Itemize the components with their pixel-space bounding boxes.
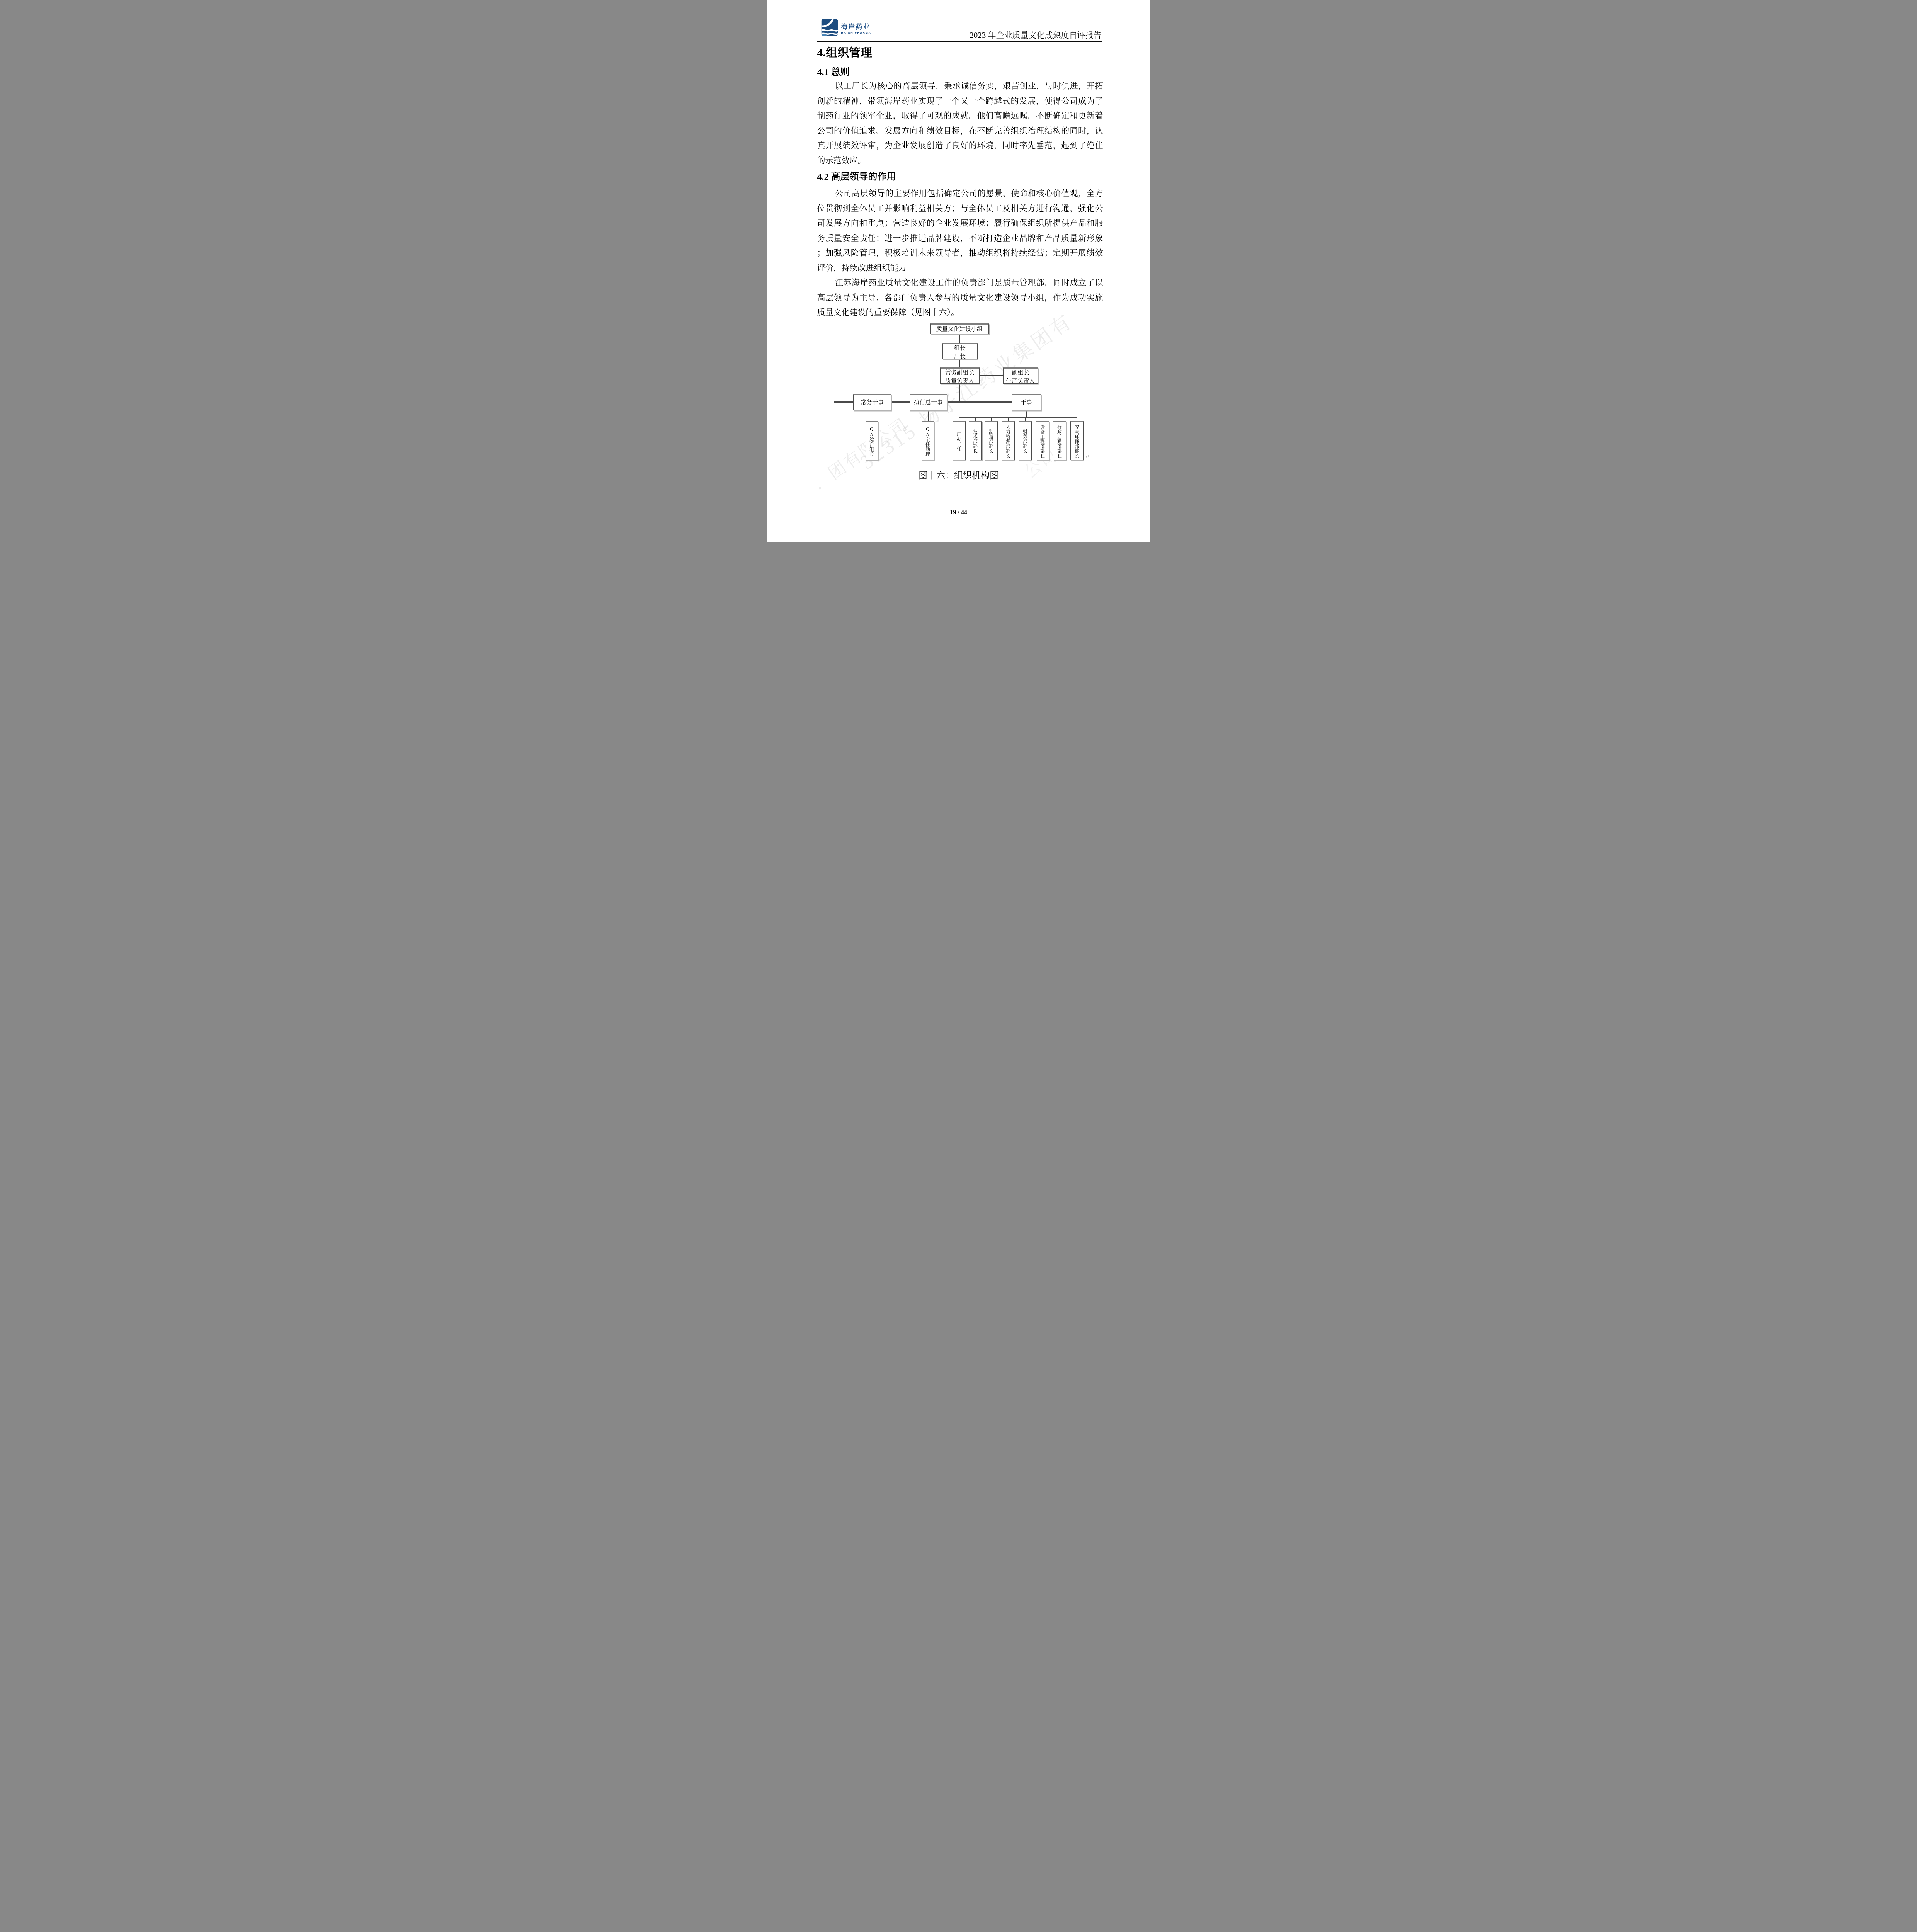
- body-line: 的示范效应。: [817, 153, 1103, 168]
- connector-line: [980, 375, 1003, 376]
- org-node-department: 安全环保部部长: [1070, 421, 1084, 460]
- org-node-deputy-exec: 常务副组长 质量负责人: [940, 367, 980, 384]
- section-heading-4: 4.组织管理: [817, 46, 873, 60]
- body-line: 务质量安全责任；进一步推进品牌建设，不断打造企业品牌和产品质量新形象: [817, 231, 1103, 246]
- org-node-department: 技术部部长: [969, 421, 982, 460]
- connector-line: [1008, 418, 1009, 421]
- org-node-qa-group-leader: QA综合组长: [866, 421, 878, 460]
- body-line: 质量文化建设的重要保障（见图十六）。: [817, 305, 1103, 320]
- connector-line: [959, 384, 960, 402]
- body-line: 创新的精神，带领海岸药业实现了一个又一个跨越式的发展，使得公司成为了: [817, 94, 1103, 109]
- org-node-department: 财务部部长: [1019, 421, 1032, 460]
- org-node-deputy: 副组长 生产负责人: [1003, 367, 1038, 384]
- connector-line: [975, 418, 976, 421]
- section-heading-4-2: 4.2 高层领导的作用: [817, 171, 896, 183]
- body-line: 评价，持续改进组织能力: [817, 260, 1103, 276]
- connector-line: [959, 334, 960, 343]
- logo-wave-icon: [821, 18, 838, 37]
- org-node-title: 厂长: [943, 352, 977, 361]
- paragraph-4-2: 公司高层领导的主要作用包括确定公司的愿景、使命和核心价值观，全方 位贯彻到全体员…: [817, 186, 1103, 276]
- org-node-role: 组长: [943, 344, 977, 352]
- body-line: 公司高层领导的主要作用包括确定公司的愿景、使命和核心价值观，全方: [817, 186, 1103, 201]
- connector-line: [1077, 418, 1077, 421]
- org-node-executive-officer: 执行总干事: [910, 394, 947, 410]
- header-doc-title: 2023 年企业质量文化成熟度自评报告: [970, 30, 1101, 40]
- org-node-qa-assistant: QA主任助理: [922, 421, 934, 460]
- org-node-team: 质量文化建设小组: [930, 323, 989, 334]
- org-node-role: 常务副组长: [941, 369, 979, 377]
- connector-line: [1025, 418, 1026, 421]
- org-node-title: 生产负责人: [1004, 377, 1038, 385]
- watermark-text: ．团有限公司: [807, 411, 912, 495]
- paragraph-mark: ↵: [1085, 454, 1089, 460]
- body-line: ；加强风险管理，积极培训未来领导者，推动组织将持续经营；定期开展绩效: [817, 245, 1103, 260]
- logo-company-name: 海岸药业: [841, 23, 871, 31]
- connector-line: [991, 418, 992, 421]
- org-node-standing-officer: 常务干事: [853, 394, 891, 410]
- connector-line: [1043, 418, 1043, 421]
- org-node-department: 制造部部长: [985, 421, 998, 460]
- figure-caption: 图十六：组织机构图: [767, 468, 1150, 481]
- connector-line: [872, 410, 872, 421]
- body-line: 制药行业的领军企业，取得了可观的成就。他们高瞻远瞩，不断确定和更新着: [817, 108, 1103, 123]
- body-line: 司发展方向和重点；营造良好的企业发展环境；履行确保组织所提供产品和服: [817, 216, 1103, 231]
- report-page: 32315 扬子江药业集团有 ．团有限公司 公司 海岸药业 HAIAN PHAR…: [767, 0, 1150, 542]
- page-number: 19 / 44: [767, 509, 1150, 516]
- paragraph-4-2b: 江苏海岸药业质量文化建设工作的负责部门是质量管理部，同时成立了以 高层领导为主导…: [817, 275, 1103, 320]
- connector-line: [1026, 410, 1027, 418]
- company-logo: 海岸药业 HAIAN PHARMA: [821, 18, 871, 37]
- connector-line: [928, 410, 929, 421]
- header-rule: [817, 41, 1102, 42]
- body-line: 位贯彻到全体员工并影响利益相关方；与全体员工及相关方进行沟通，强化公: [817, 201, 1103, 216]
- body-line: 以工厂长为核心的高层领导，秉承诚信务实，艰苦创业，与时俱进，开拓: [817, 78, 1103, 94]
- org-node-leader: 组长 厂长: [942, 343, 978, 359]
- logo-company-name-en: HAIAN PHARMA: [841, 31, 871, 35]
- org-node-department: 设备工程部部长: [1036, 421, 1049, 460]
- org-node-department: 行政后勤部部长: [1053, 421, 1066, 460]
- section-heading-4-1: 4.1 总则: [817, 66, 850, 78]
- paragraph-4-1: 以工厂长为核心的高层领导，秉承诚信务实，艰苦创业，与时俱进，开拓 创新的精神，带…: [817, 78, 1103, 168]
- body-line: 高层领导为主导、各部门负责人参与的质量文化建设领导小组，作为成功实施: [817, 290, 1103, 305]
- org-node-role: 副组长: [1004, 369, 1038, 377]
- org-node-title: 质量负责人: [941, 377, 979, 385]
- body-line: 江苏海岸药业质量文化建设工作的负责部门是质量管理部，同时成立了以: [817, 275, 1103, 290]
- org-node-department: 厂办主任: [953, 421, 966, 460]
- body-line: 公司的价值追求、发展方向和绩效目标，在不断完善组织治理结构的同时，认: [817, 123, 1103, 138]
- body-line: 真开展绩效评审，为企业发展创造了良好的环境，同时率先垂范，起到了绝佳: [817, 138, 1103, 153]
- org-node-officer: 干事: [1012, 394, 1041, 410]
- connector-line: [959, 418, 959, 421]
- org-node-department: 人力资源部部长: [1002, 421, 1015, 460]
- connector-line: [1060, 418, 1060, 421]
